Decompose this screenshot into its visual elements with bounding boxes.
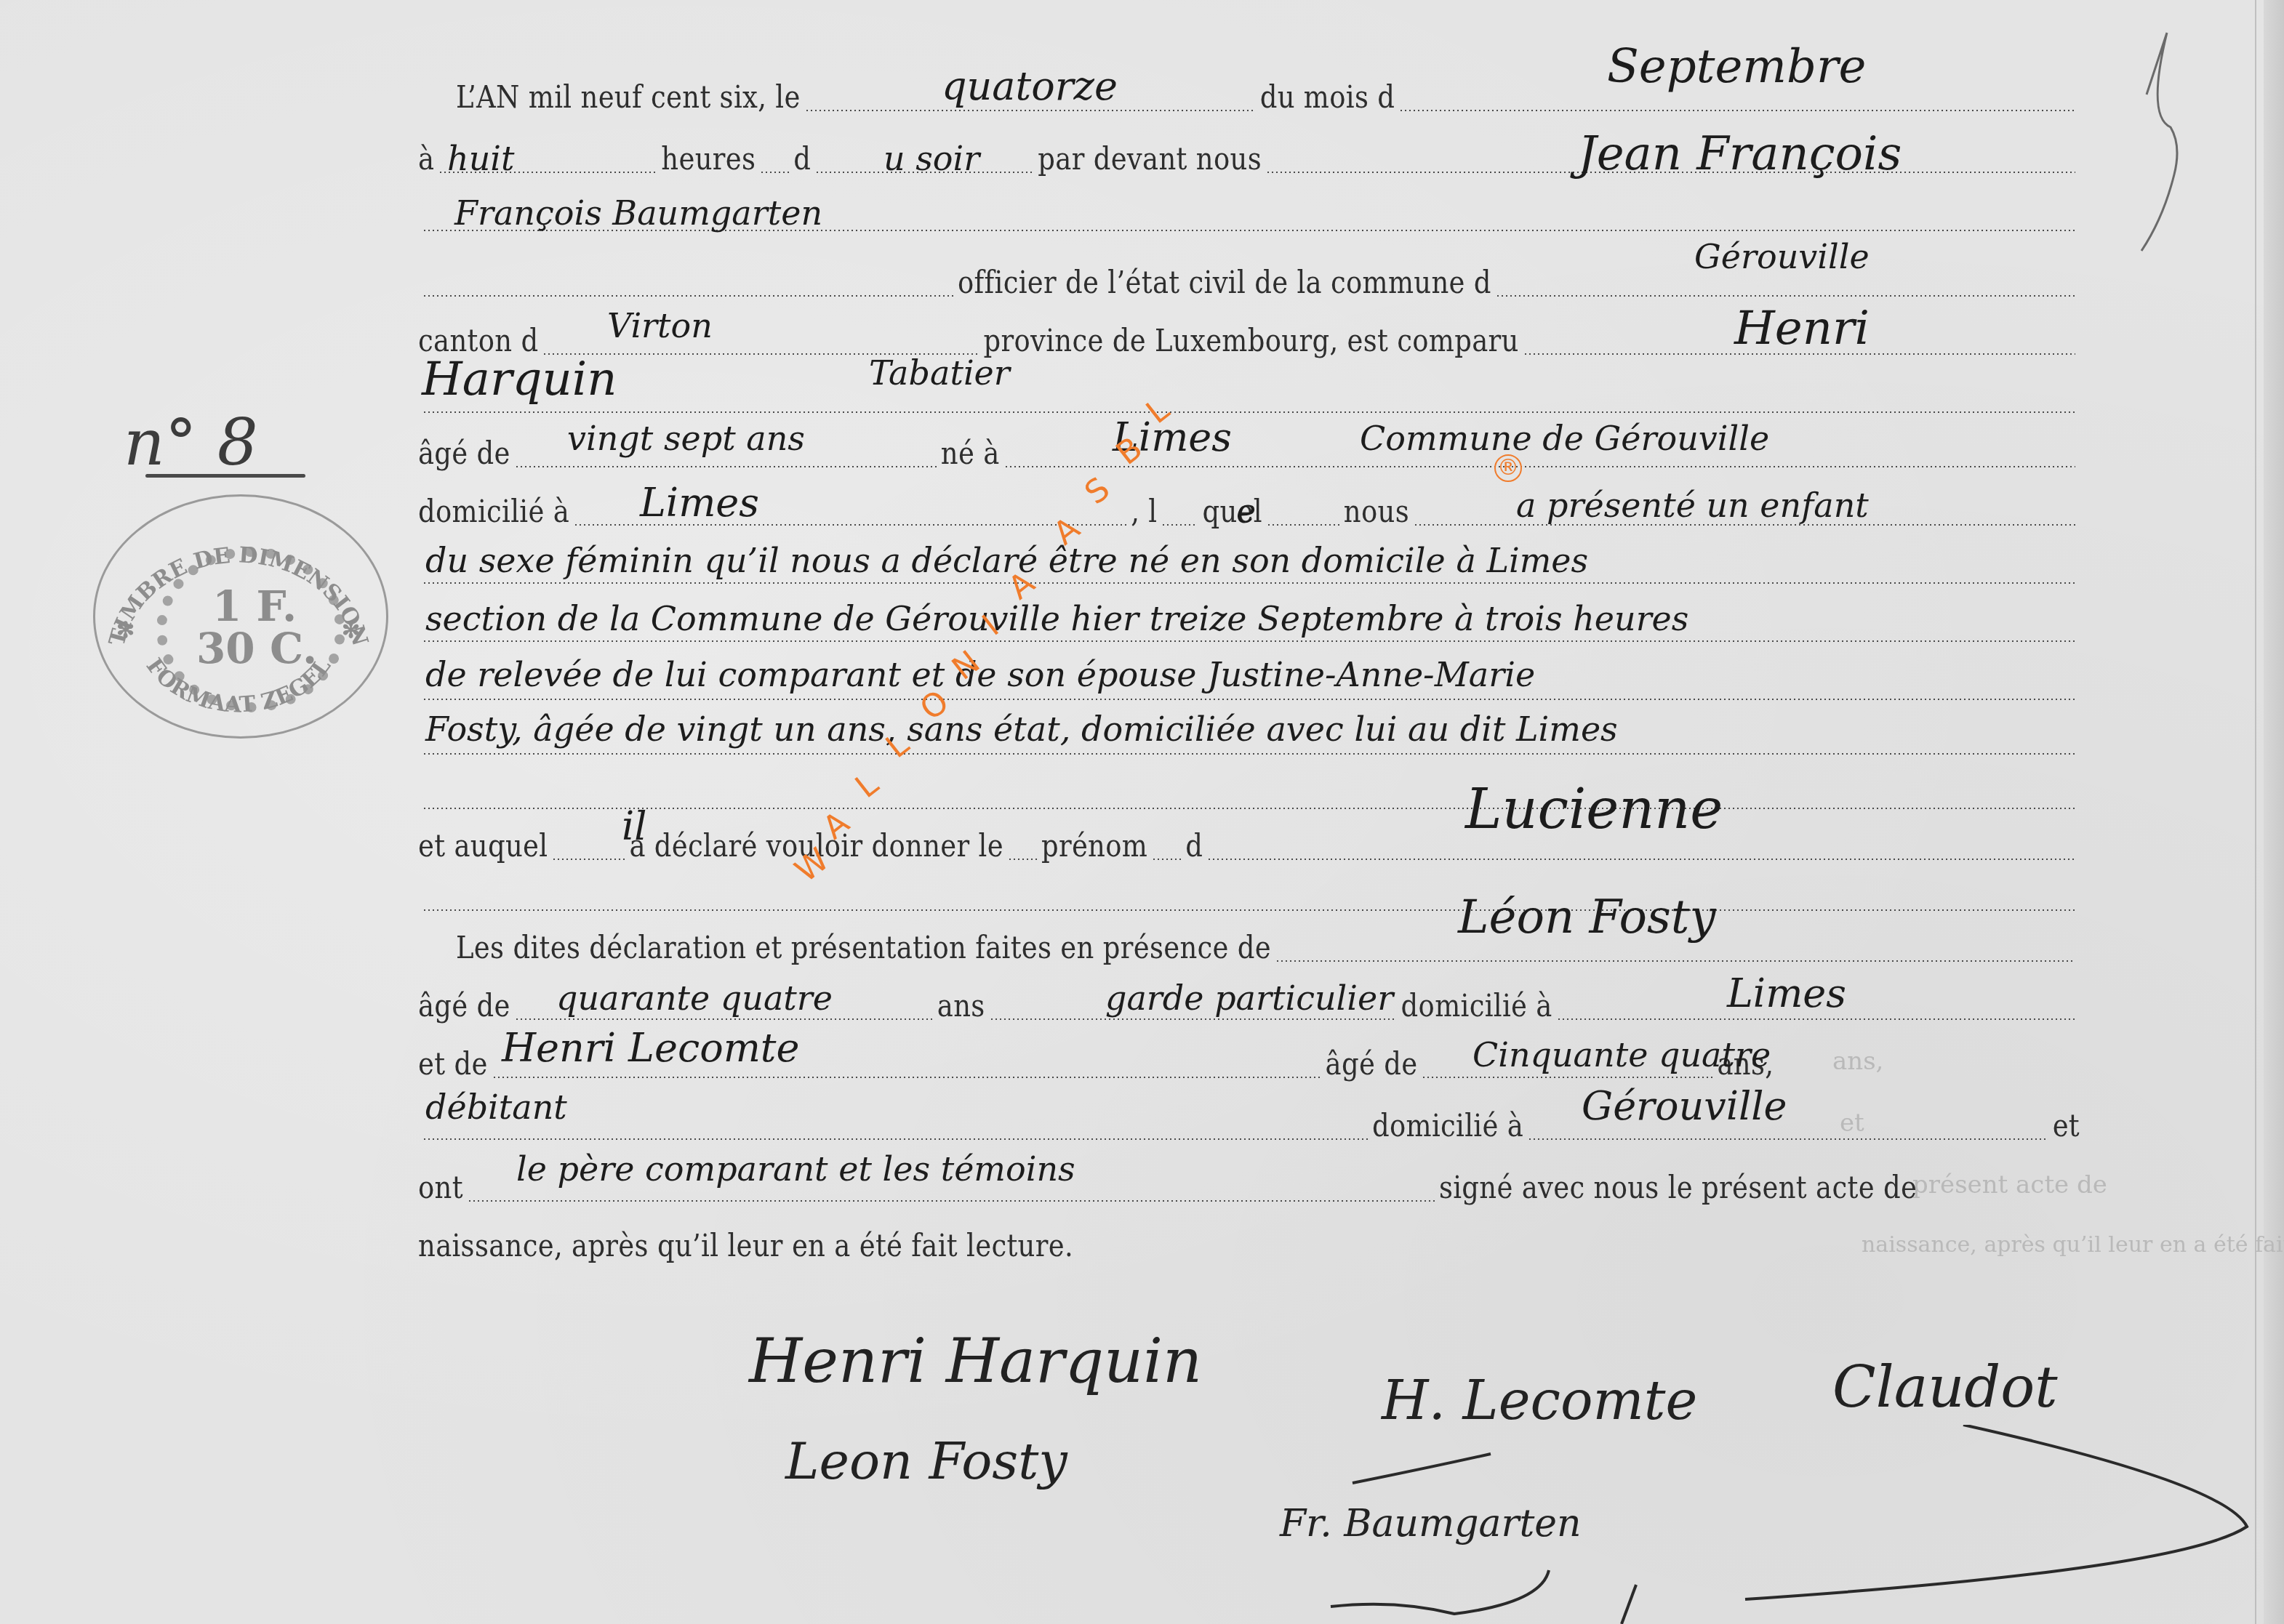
- hw-declarant-last: Harquin: [422, 356, 617, 403]
- printed-text: d: [793, 143, 811, 178]
- hw-period: u soir: [883, 142, 979, 175]
- signature-flourish: [1309, 1425, 2254, 1624]
- form-line-closing: naissance, après qu’il leur en a été fai…: [418, 1221, 2080, 1265]
- printed-text: ans: [937, 990, 985, 1025]
- hw-witness1-domicile: Limes: [1727, 974, 1846, 1013]
- stamp-value-centimes: 30 C.: [196, 624, 317, 673]
- fill-line: [1207, 858, 2075, 861]
- printed-text: à: [418, 143, 434, 178]
- printed-text: ont: [418, 1172, 463, 1207]
- hw-commune: Gérouville: [1694, 240, 1870, 273]
- form-line-witness2-domicile: domicilié à et: [418, 1101, 2080, 1145]
- hw-canton: Virton: [607, 309, 713, 342]
- stamp-ornament-left: ✻: [116, 618, 135, 643]
- printed-text: âgé de: [1326, 1048, 1418, 1083]
- hw-witness2-age: Cinquante quatre: [1472, 1038, 1771, 1072]
- hw-domicile: Limes: [640, 483, 759, 523]
- printed-text: domicilié à: [1401, 990, 1552, 1025]
- printed-text: signé avec nous le présent acte de: [1439, 1172, 1917, 1207]
- hw-birth-commune: Commune de Gérouville: [1360, 422, 1769, 455]
- hw-hour: huit: [447, 142, 514, 175]
- fill-line: [805, 109, 1256, 112]
- fill-line: [492, 1076, 1321, 1079]
- registration-underline: [145, 474, 305, 478]
- document-page: ans, et présent acte de naissance, après…: [0, 0, 2284, 1624]
- hw-officer-first: Jean François: [1578, 131, 1902, 177]
- fill-line: [1267, 523, 1339, 526]
- printed-text: , l: [1131, 496, 1157, 531]
- hw-witness1-occupation: garde particulier: [1105, 981, 1393, 1015]
- fill-line: [422, 411, 2075, 414]
- hw-witness2-domicile: Gérouville: [1582, 1087, 1787, 1126]
- printed-text: né à: [941, 438, 1000, 473]
- printed-text: L’AN mil neuf cent six, le: [456, 81, 801, 116]
- fill-line: [422, 1138, 1368, 1141]
- fill-line: [1528, 1138, 2048, 1141]
- fill-line: [422, 698, 2075, 701]
- signature-declarant: Henri Harquin: [749, 1330, 1202, 1391]
- hw-day: quatorze: [942, 67, 1118, 106]
- signature-witness1: Leon Fosty: [785, 1436, 1067, 1487]
- printed-text: du mois d: [1260, 81, 1395, 116]
- hw-witness2-occupation: débitant: [425, 1090, 567, 1124]
- hw-witness1-name: Léon Fosty: [1458, 894, 1716, 941]
- printed-text: et: [2053, 1110, 2080, 1145]
- fill-line: [990, 1018, 1397, 1021]
- hw-witness2-name: Henri Lecomte: [502, 1029, 800, 1068]
- hw-signers: le père comparant et les témoins: [516, 1152, 1075, 1186]
- fill-line: [422, 582, 2075, 584]
- printed-text: Les dites déclaration et présentation fa…: [456, 932, 1271, 967]
- fill-line: [422, 807, 2075, 810]
- fill-line: [760, 171, 789, 174]
- hw-mother-details: Fosty, âgée de vingt un ans, sans état, …: [425, 712, 1618, 746]
- form-line-firstname: et auquel a déclaré vouloir donner le pr…: [418, 821, 2080, 865]
- printed-text: domicilié à: [418, 496, 569, 531]
- fill-line: [1399, 109, 2075, 112]
- fill-line: [1004, 465, 2075, 468]
- printed-text: heures: [661, 143, 756, 178]
- printed-text: et de: [418, 1048, 488, 1083]
- printed-text: âgé de: [418, 990, 510, 1025]
- printed-text: naissance, après qu’il leur en a été fai…: [418, 1230, 1073, 1265]
- signature-witness2: H. Lecomte: [1382, 1374, 1697, 1428]
- printed-text: officier de l’état civil de la commune d: [958, 267, 1491, 302]
- printed-text: âgé de: [418, 438, 510, 473]
- fill-line: [515, 1018, 933, 1021]
- form-line-declarant-name: [418, 374, 2080, 418]
- hw-declarant-age: vingt sept ans: [567, 422, 805, 455]
- stamp-ornament-right: ✻: [342, 618, 360, 643]
- hw-declarant-first: Henri: [1734, 305, 1870, 352]
- hw-child-firstname: Lucienne: [1465, 781, 1723, 837]
- fill-line: [1275, 960, 2075, 962]
- fill-line: [1422, 1076, 1712, 1079]
- fill-line: [422, 909, 2075, 912]
- fill-line: [1152, 858, 1181, 861]
- hw-article: e: [1236, 494, 1256, 528]
- hw-month: Septembre: [1607, 44, 1866, 90]
- hw-presented: a présenté un enfant: [1516, 489, 1869, 522]
- printed-text: province de Luxembourg, est comparu: [983, 325, 1518, 360]
- fill-line: [422, 752, 2075, 755]
- fill-line: [1496, 294, 2075, 297]
- fill-line: [468, 1199, 1435, 1202]
- signature-claudot: Claudot: [1832, 1359, 2058, 1416]
- margin-bracket-mark: [2131, 22, 2218, 262]
- printed-text: nous: [1344, 496, 1409, 531]
- fill-line: [515, 465, 937, 468]
- printed-text: par devant nous: [1038, 143, 1262, 178]
- fill-line: [1557, 1018, 2075, 1021]
- fill-line: [1008, 858, 1037, 861]
- registration-number: n° 8: [124, 411, 258, 475]
- form-line-witnesses: Les dites déclaration et présentation fa…: [456, 923, 2080, 967]
- hw-child-sex-birth: du sexe féminin qu’il nous a déclaré êtr…: [425, 544, 1588, 577]
- fill-line: [1161, 523, 1198, 526]
- form-line-free-6: [418, 872, 2080, 916]
- watermark-registered-mark: ®: [1494, 454, 1522, 482]
- hw-pronoun: il: [622, 807, 647, 846]
- fill-line: [422, 294, 953, 297]
- page-edge-shadow: [2264, 0, 2284, 1624]
- printed-text: prénom: [1041, 830, 1147, 865]
- fill-line: [422, 640, 2075, 643]
- page-edge: [2255, 0, 2256, 1624]
- hw-declarant-occupation: Tabatier: [869, 356, 1010, 390]
- printed-text: d: [1185, 830, 1203, 865]
- printed-text: domicilié à: [1372, 1110, 1523, 1145]
- printed-text: et auquel: [418, 830, 548, 865]
- hw-birth-time: section de la Commune de Gérouville hier…: [425, 602, 1688, 635]
- fill-line: [552, 858, 625, 861]
- hw-officer-last: François Baumgarten: [454, 196, 822, 230]
- hw-witness1-age: quarante quatre: [556, 981, 833, 1015]
- form-line-free-5: [418, 771, 2080, 814]
